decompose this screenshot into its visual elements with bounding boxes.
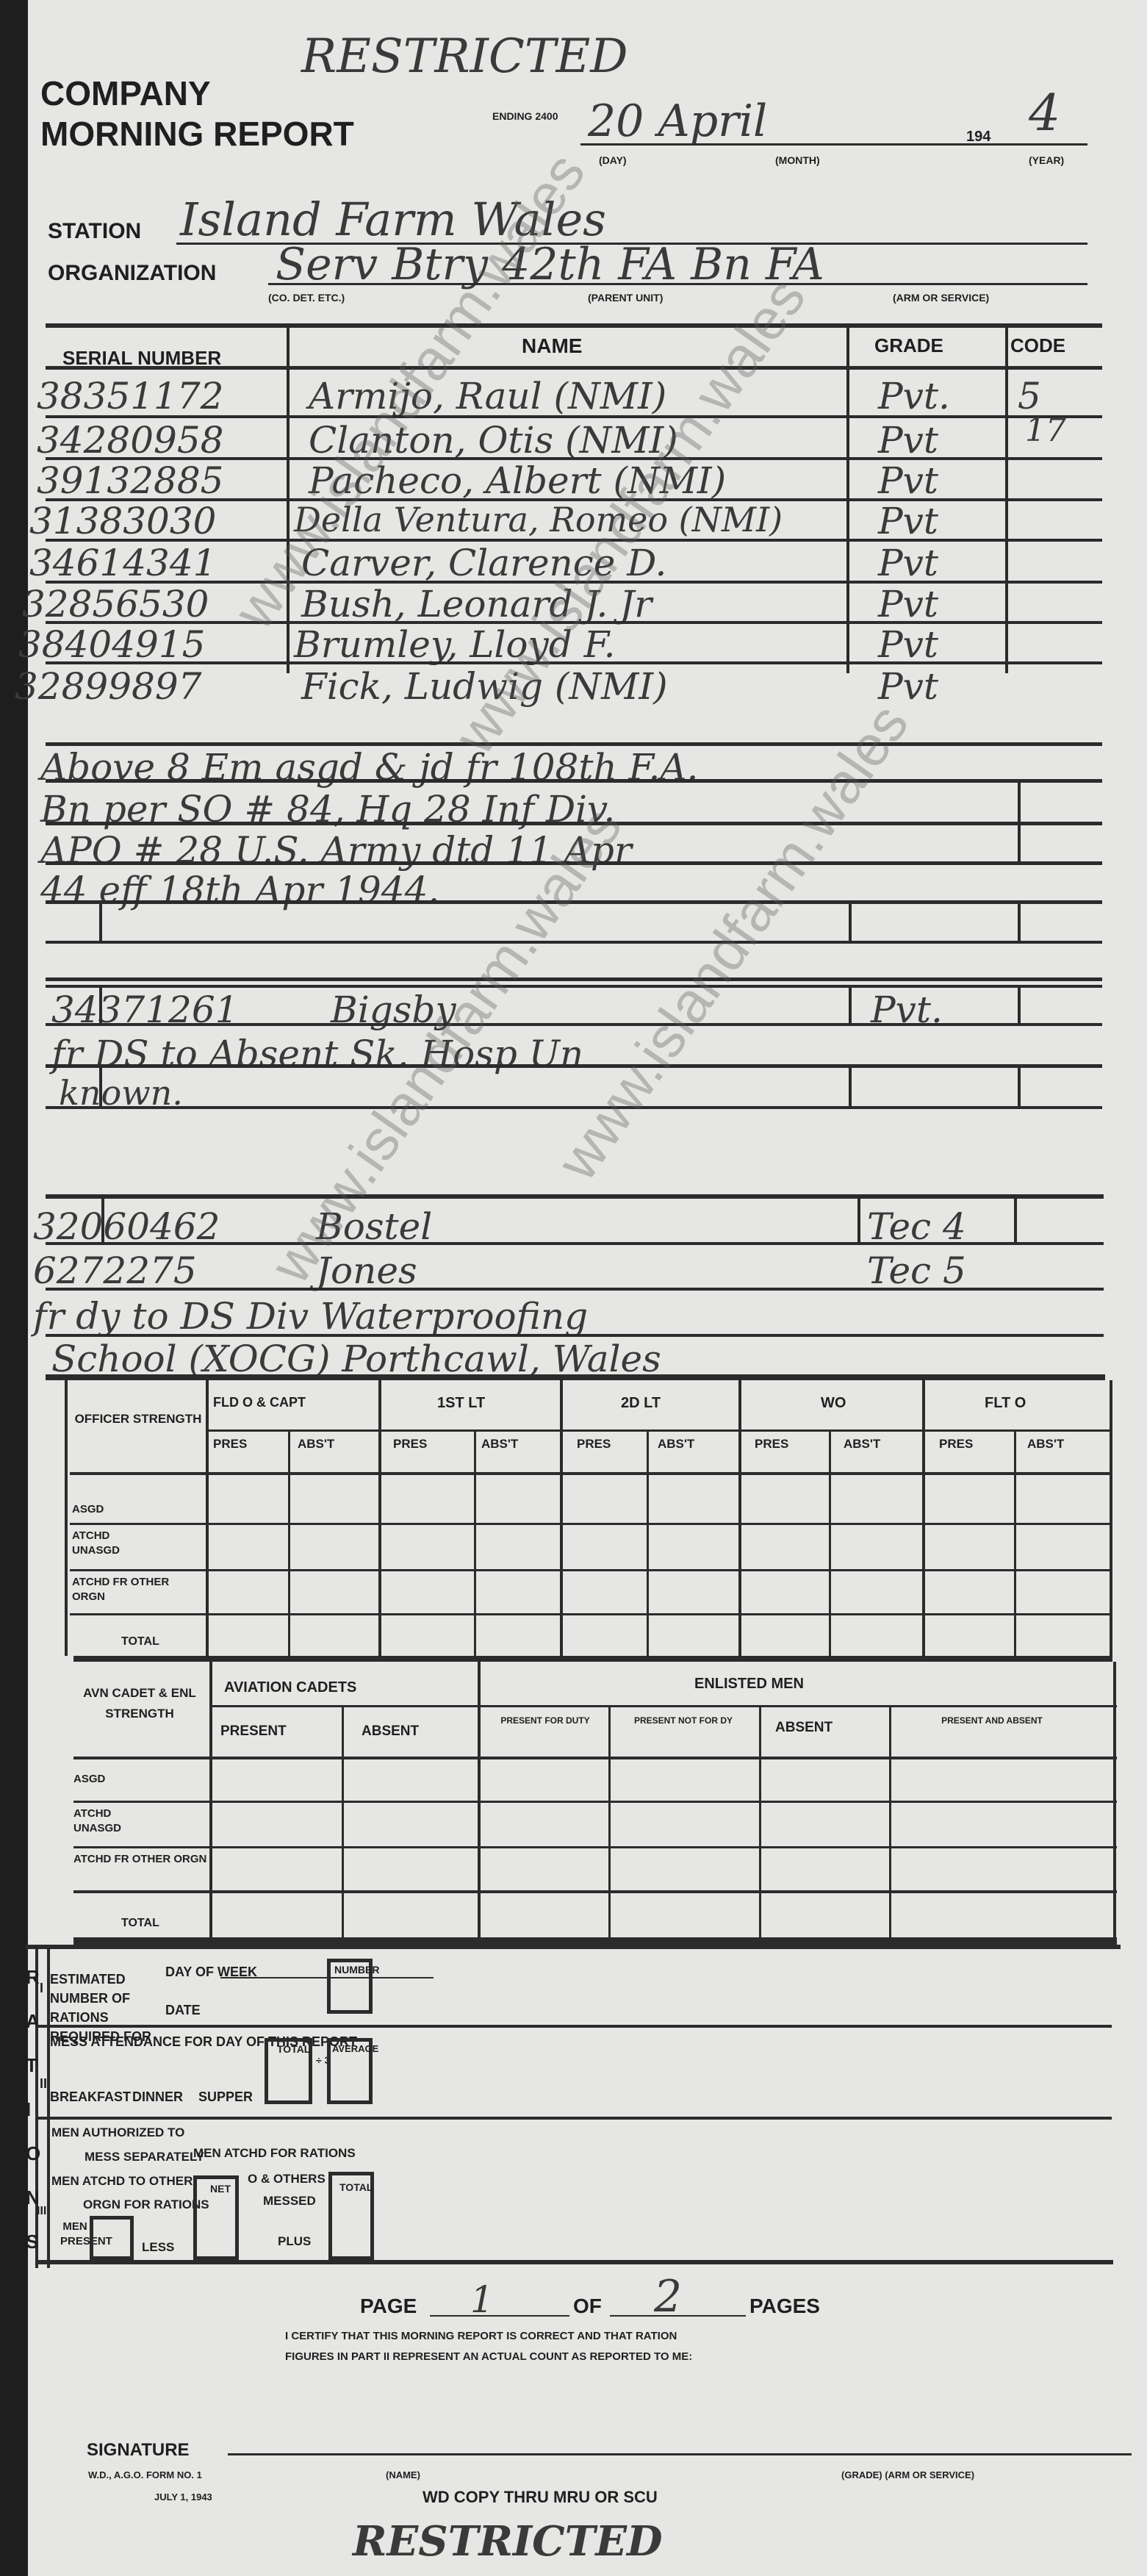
grid-line (209, 1705, 1117, 1707)
o-others-label: O & OTHERS (248, 2172, 326, 2186)
net-label: NET (210, 2183, 231, 2195)
grid-line (474, 1429, 476, 1656)
grade-arm-label: (GRADE) (ARM OR SERVICE) (841, 2469, 974, 2480)
subhead-abst: ABS'T (481, 1437, 518, 1452)
grid-line (759, 1705, 761, 1945)
row-rule (46, 415, 1102, 418)
breakfast-label: BREAKFAST (50, 2089, 131, 2105)
col-divider (849, 985, 852, 1025)
header-grade: GRADE (874, 334, 943, 357)
page-label: PAGE (360, 2295, 417, 2318)
subhead-present-for-duty: PRESENT FOR DUTY (494, 1712, 597, 1729)
grid-line (1113, 1662, 1116, 1945)
grid-line (70, 1472, 1112, 1475)
restricted-stamp-top: RESTRICTED (301, 29, 628, 84)
row-rule (46, 1106, 1102, 1109)
co-label: (CO. DET. ETC.) (268, 292, 345, 304)
number-label: NUMBER (334, 1964, 379, 1976)
average-label: AVERAGE (332, 2043, 378, 2054)
header-bottom-rule (46, 366, 1102, 370)
grid-line (73, 1757, 1117, 1759)
men-atchd-rations-label: MEN ATCHD FOR RATIONS (193, 2146, 356, 2161)
grid-line (889, 1705, 891, 1945)
serial-cell: 38351172 (37, 375, 224, 417)
messed-label: MESSED (263, 2194, 316, 2209)
total-iii-label: TOTAL (339, 2181, 373, 2193)
col-divider (1018, 822, 1021, 862)
grade-cell: Pvt (878, 665, 938, 708)
men-present-label: MEN PRESENT (60, 2220, 90, 2249)
serial-cell: 31383030 (29, 500, 217, 542)
certify-line-2: FIGURES IN PART II REPRESENT AN ACTUAL C… (285, 2350, 692, 2363)
group-fld-capt: FLD O & CAPT (213, 1395, 306, 1410)
grid-line (73, 1890, 1117, 1893)
part-i-number: I (40, 1981, 43, 1996)
subhead-abst: ABS'T (1027, 1437, 1064, 1452)
organization-underline (268, 283, 1087, 285)
year-prefix: 194 (966, 129, 990, 146)
officer-strength-title: OFFICER STRENGTH (72, 1410, 204, 1429)
row-rule (46, 1288, 1104, 1291)
grid-line (288, 1429, 290, 1656)
row-rule (46, 977, 1102, 981)
report-date: 20 April (588, 96, 767, 147)
men-authorized-label: MEN AUTHORIZED TO (51, 2125, 184, 2140)
subhead-abst: ABS'T (844, 1437, 880, 1452)
row-rule (46, 1334, 1104, 1337)
subhead-present: PRESENT (220, 1723, 287, 1740)
subhead-present-not-for-dy: PRESENT NOT FOR DY (621, 1712, 746, 1729)
grid-line (35, 2117, 1112, 2120)
col-divider (849, 1064, 852, 1108)
grid-line (73, 1801, 1117, 1803)
of-label: OF (573, 2295, 602, 2318)
serial-cell: 34280958 (37, 419, 224, 462)
certify-line-1: I CERTIFY THAT THIS MORNING REPORT IS CO… (285, 2330, 677, 2342)
subhead-absent-em: ABSENT (775, 1720, 833, 1736)
net-box: NET (193, 2175, 239, 2260)
grid-line (73, 1846, 1117, 1848)
col-divider (857, 1198, 860, 1242)
mess-separately-label: MESS SEPARATELY (85, 2150, 204, 2164)
plus-label: PLUS (278, 2234, 311, 2249)
form-date: JULY 1, 1943 (154, 2491, 212, 2503)
subhead-pres: PRES (755, 1437, 788, 1452)
subhead-abst: ABS'T (298, 1437, 334, 1452)
name-label: (NAME) (386, 2469, 420, 2480)
grid-line (26, 1945, 1121, 1949)
col-divider (1018, 985, 1021, 1025)
grid-line (342, 1705, 344, 1945)
grid-line (35, 2260, 1113, 2264)
subhead-pres: PRES (213, 1437, 247, 1452)
serial-cell: 39132885 (37, 459, 224, 502)
row-label-total: TOTAL (121, 1635, 159, 1648)
average-box: AVERAGE (327, 2038, 373, 2104)
serial-cell: 32899897 (15, 665, 202, 708)
grid-line (1014, 1429, 1016, 1656)
grid-line (70, 1523, 1112, 1525)
remark-line: fr DS to Absent Sk. Hosp Un (51, 1033, 583, 1075)
row-label-atchd-fr-other: ATCHD FR OTHER ORGN (72, 1575, 204, 1604)
grade-cell: Pvt (878, 542, 938, 584)
date-label: DATE (165, 2003, 201, 2018)
total-label: TOTAL (277, 2043, 310, 2055)
group-wo: WO (821, 1395, 846, 1412)
signature-line[interactable] (228, 2453, 1132, 2455)
col-divider (1018, 779, 1021, 823)
grid-line (70, 1569, 1112, 1571)
aviation-cadets-header: AVIATION CADETS (224, 1679, 356, 1696)
total-box: TOTAL (265, 2038, 312, 2104)
serial-cell: 34614341 (29, 542, 217, 584)
grid-line (478, 1662, 481, 1945)
col-divider (99, 1064, 102, 1108)
total-pages-underline (610, 2315, 746, 2317)
row-rule (46, 1023, 1102, 1026)
supper-label: SUPPER (198, 2089, 253, 2105)
restricted-stamp-bottom: RESTRICTED (353, 2517, 663, 2566)
group-1st-lt: 1ST LT (437, 1395, 485, 1412)
row-rule (46, 1194, 1104, 1199)
report-year-digit: 4 (1029, 85, 1060, 143)
subhead-present-and-absent: PRESENT AND ABSENT (933, 1712, 1051, 1729)
grid-line (829, 1429, 831, 1656)
station-label: STATION (48, 219, 141, 244)
table-top-rule (46, 323, 1102, 328)
subhead-pres: PRES (393, 1437, 427, 1452)
row-label-asgd: ASGD (72, 1503, 104, 1515)
grid-line (65, 1380, 68, 1656)
grade-cell: Tec 5 (867, 1249, 966, 1292)
row-label-total: TOTAL (121, 1917, 159, 1930)
part-ii-number: II (40, 2076, 47, 2092)
date-underline (580, 143, 1087, 146)
subhead-absent: ABSENT (362, 1723, 419, 1740)
grade-cell: Pvt (878, 583, 938, 625)
scan-edge (0, 0, 28, 2576)
row-rule (46, 779, 1102, 783)
group-2d-lt: 2D LT (621, 1395, 661, 1412)
header-code: CODE (1010, 334, 1065, 357)
ending-label: ENDING 2400 (492, 110, 551, 122)
pages-label: PAGES (749, 2295, 820, 2318)
row-label-atchd-unasgd: ATCHD UNASGD (72, 1529, 145, 1558)
subhead-abst: ABS'T (658, 1437, 694, 1452)
row-label-atchd-unasgd: ATCHD UNASGD (73, 1807, 147, 1836)
col-divider (849, 900, 852, 941)
total-iii-box: TOTAL (328, 2172, 374, 2260)
row-rule (46, 661, 1102, 664)
col-divider (101, 1198, 104, 1242)
part-iii-number: III (37, 2205, 46, 2218)
organization-label: ORGANIZATION (48, 261, 216, 286)
grade-cell: Pvt (878, 500, 938, 542)
orgn-rations-label: ORGN FOR RATIONS (83, 2198, 209, 2212)
row-rule (46, 1064, 1102, 1068)
grid-line (647, 1429, 649, 1656)
page-underline (430, 2315, 569, 2317)
row-rule (46, 985, 1102, 988)
men-atchd-other-label: MEN ATCHD TO OTHER (51, 2174, 193, 2189)
serial-cell: 38404915 (18, 623, 206, 666)
grid-line (206, 1429, 1112, 1432)
arm-service-label: (ARM OR SERVICE) (893, 292, 989, 304)
dinner-label: DINNER (132, 2089, 183, 2105)
subhead-pres: PRES (939, 1437, 973, 1452)
row-label-asgd: ASGD (73, 1773, 105, 1785)
year-label: (YEAR) (1029, 154, 1064, 166)
parent-unit-label: (PARENT UNIT) (588, 292, 663, 304)
col-divider (1014, 1198, 1017, 1242)
grid-line (70, 1613, 1112, 1615)
number-box: NUMBER (327, 1959, 373, 2014)
code-cell: 17 (1025, 412, 1066, 449)
col-divider (99, 900, 102, 941)
row-label-atchd-fr-other: ATCHD FR OTHER ORGN (73, 1852, 209, 1867)
row-rule (46, 941, 1102, 944)
day-label: (DAY) (599, 154, 627, 166)
grid-line (35, 2025, 1112, 2028)
serial-cell: 6272275 (33, 1249, 197, 1292)
remark-line: fr dy to DS Div Waterproofing (33, 1295, 588, 1338)
grade-cell: Pvt (878, 459, 938, 502)
grade-cell: Pvt (878, 419, 938, 462)
signature-label: SIGNATURE (87, 2440, 190, 2461)
col-divider (1018, 900, 1021, 941)
form-title-line2: MORNING REPORT (40, 114, 354, 154)
wd-copy-label: WD COPY THRU MRU OR SCU (423, 2488, 658, 2507)
month-label: (MONTH) (775, 154, 820, 166)
table-bottom-rule (46, 1374, 1105, 1380)
grid-line (73, 1937, 1117, 1945)
enlisted-men-header: ENLISTED MEN (694, 1676, 804, 1693)
enlisted-strength-title: AVN CADET & ENL STRENGTH (77, 1683, 202, 1724)
subhead-pres: PRES (577, 1437, 611, 1452)
grid-line (608, 1705, 611, 1945)
header-name: NAME (522, 334, 582, 358)
col-divider (1018, 1064, 1021, 1108)
group-flt-o: FLT O (985, 1395, 1026, 1412)
form-number: W.D., A.G.O. FORM NO. 1 (88, 2469, 202, 2480)
grade-cell: Pvt (878, 623, 938, 666)
col-divider (99, 985, 102, 1025)
form-title-line1: COMPANY (40, 73, 211, 113)
men-present-box (90, 2216, 134, 2260)
serial-cell: 32856530 (22, 583, 209, 625)
less-label: LESS (142, 2240, 174, 2255)
row-rule (46, 1242, 1104, 1245)
grid-line (209, 1662, 212, 1945)
grade-cell: Pvt. (878, 375, 950, 417)
grid-line (73, 1656, 1112, 1662)
